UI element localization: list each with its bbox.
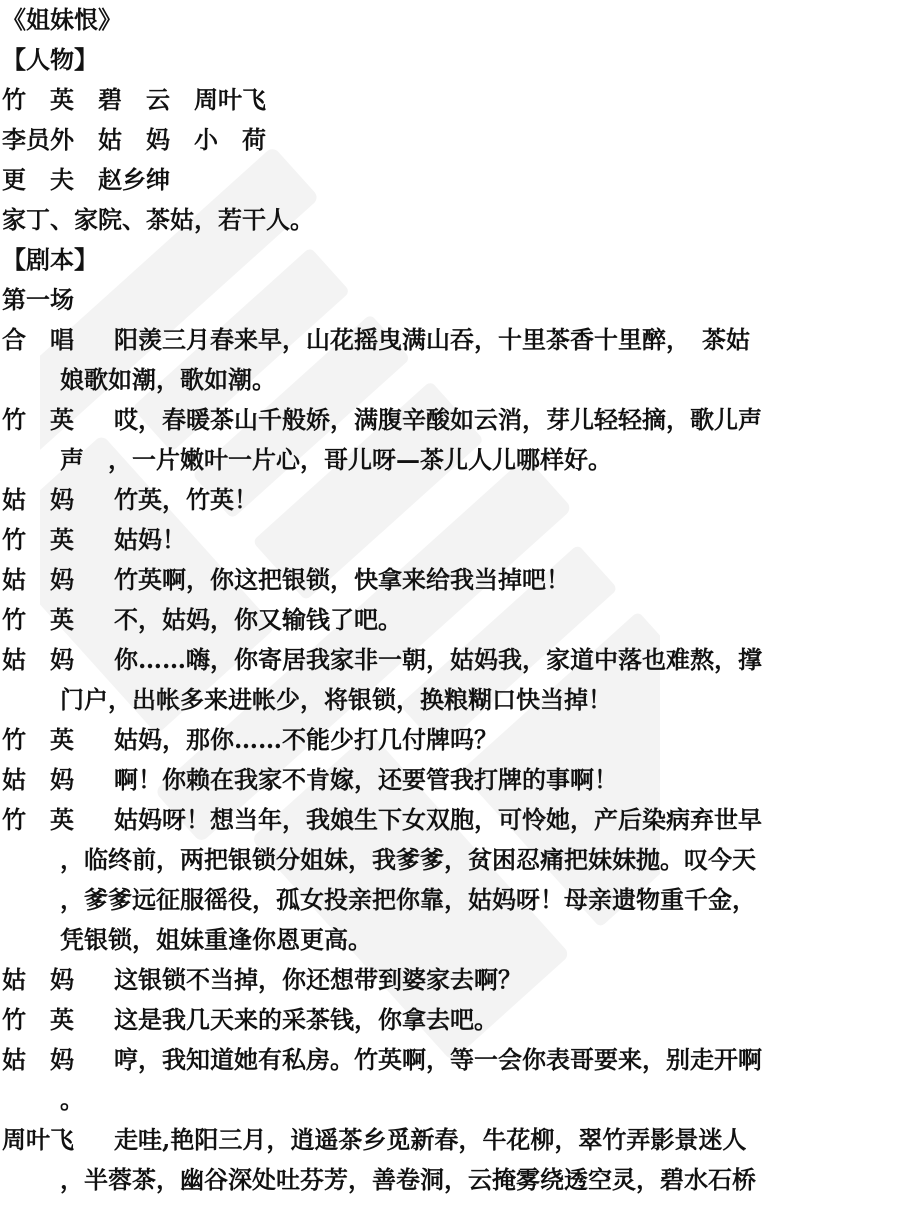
dialogue-entry: 周叶飞走哇,艳阳三月，逍遥茶乡觅新春，牛花柳，翠竹弄影景迷人，半蓉茶，幽谷深处吐…	[2, 1120, 900, 1200]
characters-line: 家丁、家院、茶姑，若干人。	[2, 200, 900, 240]
dialogue-continuation-line: 娘歌如潮，歌如潮。	[2, 360, 900, 400]
characters-line: 竹 英 碧 云 周叶飞	[2, 80, 900, 120]
dialogue-entry: 姑 妈竹英，竹英！	[2, 480, 900, 520]
speech-text: 啊！你赖在我家不肯嫁，还要管我打牌的事啊！	[114, 765, 618, 794]
dialogue-first-line: 姑 妈哼，我知道她有私房。竹英啊，等一会你表哥要来，别走开啊	[2, 1040, 900, 1080]
dialogue-first-line: 竹 英哎，春暖茶山千般娇，满腹辛酸如云消，芽儿轻轻摘，歌儿声	[2, 400, 900, 440]
dialogue-entry: 姑 妈这银锁不当掉，你还想带到婆家去啊？	[2, 960, 900, 1000]
dialogue-entry: 竹 英不，姑妈，你又输钱了吧。	[2, 600, 900, 640]
script-document: 《姐妹恨》 【人物】 竹 英 碧 云 周叶飞 李员外 姑 妈 小 荷 更 夫 赵…	[0, 0, 900, 1200]
dialogue-entry: 竹 英哎，春暖茶山千般娇，满腹辛酸如云消，芽儿轻轻摘，歌儿声声 ，一片嫩叶一片心…	[2, 400, 900, 480]
speech-text: 娘歌如潮，歌如潮。	[60, 365, 276, 394]
speech-text: 门户，出帐多来进帐少，将银锁，换粮糊口快当掉！	[60, 685, 612, 714]
speaker-name: 竹 英	[2, 720, 114, 760]
speech-text: 阳羡三月春来早，山花摇曳满山吞，十里茶香十里醉， 茶姑	[114, 325, 750, 354]
characters-line: 更 夫 赵乡绅	[2, 160, 900, 200]
dialogue-list: 合 唱阳羡三月春来早，山花摇曳满山吞，十里茶香十里醉， 茶姑娘歌如潮，歌如潮。竹…	[2, 320, 900, 1200]
speech-text: ，爹爹远征服徭役，孤女投亲把你靠，姑妈呀！母亲遗物重千金，	[60, 885, 756, 914]
play-title: 《姐妹恨》	[2, 0, 900, 40]
speech-text: 竹英，竹英！	[114, 485, 258, 514]
dialogue-first-line: 周叶飞走哇,艳阳三月，逍遥茶乡觅新春，牛花柳，翠竹弄影景迷人	[2, 1120, 900, 1160]
dialogue-continuation-line: 门户，出帐多来进帐少，将银锁，换粮糊口快当掉！	[2, 680, 900, 720]
speaker-name: 竹 英	[2, 600, 114, 640]
dialogue-first-line: 竹 英姑妈，那你……不能少打几付牌吗？	[2, 720, 900, 760]
speech-text: ，临终前，两把银锁分姐妹，我爹爹，贫困忍痛把妹妹抛。叹今天	[60, 845, 756, 874]
speaker-name: 竹 英	[2, 800, 114, 840]
speech-text: 走哇,艳阳三月，逍遥茶乡觅新春，牛花柳，翠竹弄影景迷人	[114, 1125, 746, 1154]
dialogue-entry: 姑 妈啊！你赖在我家不肯嫁，还要管我打牌的事啊！	[2, 760, 900, 800]
dialogue-entry: 竹 英这是我几天来的采茶钱，你拿去吧。	[2, 1000, 900, 1040]
speaker-name: 竹 英	[2, 1000, 114, 1040]
speech-text: 哼，我知道她有私房。竹英啊，等一会你表哥要来，别走开啊	[114, 1045, 762, 1074]
speech-text: 这银锁不当掉，你还想带到婆家去啊？	[114, 965, 522, 994]
dialogue-continuation-line: 凭银锁，姐妹重逢你恩更高。	[2, 920, 900, 960]
speech-text: 不，姑妈，你又输钱了吧。	[114, 605, 402, 634]
dialogue-first-line: 竹 英不，姑妈，你又输钱了吧。	[2, 600, 900, 640]
dialogue-first-line: 合 唱阳羡三月春来早，山花摇曳满山吞，十里茶香十里醉， 茶姑	[2, 320, 900, 360]
scene-heading: 第一场	[2, 280, 900, 320]
dialogue-first-line: 竹 英姑妈呀！想当年，我娘生下女双胞，可怜她，产后染病弃世早	[2, 800, 900, 840]
dialogue-entry: 竹 英姑妈呀！想当年，我娘生下女双胞，可怜她，产后染病弃世早，临终前，两把银锁分…	[2, 800, 900, 960]
dialogue-continuation-line: 。	[2, 1080, 900, 1120]
dialogue-continuation-line: ，临终前，两把银锁分姐妹，我爹爹，贫困忍痛把妹妹抛。叹今天	[2, 840, 900, 880]
speech-text: 竹英啊，你这把银锁，快拿来给我当掉吧！	[114, 565, 570, 594]
speech-text: 姑妈，那你……不能少打几付牌吗？	[114, 725, 498, 754]
dialogue-continuation-line: 声 ，一片嫩叶一片心，哥儿呀—茶儿人儿哪样好。	[2, 440, 900, 480]
speaker-name: 姑 妈	[2, 760, 114, 800]
speaker-name: 姑 妈	[2, 640, 114, 680]
dialogue-continuation-line: ，半蓉茶，幽谷深处吐芬芳，善卷洞，云掩雾绕透空灵，碧水石桥	[2, 1160, 900, 1200]
speech-text: 姑妈！	[114, 525, 186, 554]
speech-text: 声 ，一片嫩叶一片心，哥儿呀—茶儿人儿哪样好。	[60, 445, 612, 474]
speaker-name: 姑 妈	[2, 1040, 114, 1080]
speaker-name: 周叶飞	[2, 1120, 114, 1160]
speaker-name: 姑 妈	[2, 960, 114, 1000]
speech-text: 你……嗨，你寄居我家非一朝，姑妈我，家道中落也难熬，撑	[114, 645, 762, 674]
speech-text: 姑妈呀！想当年，我娘生下女双胞，可怜她，产后染病弃世早	[114, 805, 762, 834]
dialogue-entry: 竹 英姑妈！	[2, 520, 900, 560]
dialogue-first-line: 姑 妈啊！你赖在我家不肯嫁，还要管我打牌的事啊！	[2, 760, 900, 800]
dialogue-continuation-line: ，爹爹远征服徭役，孤女投亲把你靠，姑妈呀！母亲遗物重千金，	[2, 880, 900, 920]
speaker-name: 竹 英	[2, 520, 114, 560]
dialogue-first-line: 竹 英姑妈！	[2, 520, 900, 560]
speaker-name: 合 唱	[2, 320, 114, 360]
script-heading: 【剧本】	[2, 240, 900, 280]
speech-text: ，半蓉茶，幽谷深处吐芬芳，善卷洞，云掩雾绕透空灵，碧水石桥	[60, 1165, 756, 1194]
dialogue-first-line: 姑 妈这银锁不当掉，你还想带到婆家去啊？	[2, 960, 900, 1000]
speech-text: 哎，春暖茶山千般娇，满腹辛酸如云消，芽儿轻轻摘，歌儿声	[114, 405, 762, 434]
dialogue-first-line: 姑 妈你……嗨，你寄居我家非一朝，姑妈我，家道中落也难熬，撑	[2, 640, 900, 680]
speaker-name: 姑 妈	[2, 560, 114, 600]
dialogue-entry: 合 唱阳羡三月春来早，山花摇曳满山吞，十里茶香十里醉， 茶姑娘歌如潮，歌如潮。	[2, 320, 900, 400]
speaker-name: 姑 妈	[2, 480, 114, 520]
speech-text: 。	[60, 1085, 84, 1114]
characters-line: 李员外 姑 妈 小 荷	[2, 120, 900, 160]
characters-heading: 【人物】	[2, 40, 900, 80]
dialogue-first-line: 竹 英这是我几天来的采茶钱，你拿去吧。	[2, 1000, 900, 1040]
speech-text: 这是我几天来的采茶钱，你拿去吧。	[114, 1005, 498, 1034]
dialogue-entry: 姑 妈你……嗨，你寄居我家非一朝，姑妈我，家道中落也难熬，撑门户，出帐多来进帐少…	[2, 640, 900, 720]
dialogue-entry: 姑 妈哼，我知道她有私房。竹英啊，等一会你表哥要来，别走开啊。	[2, 1040, 900, 1120]
dialogue-entry: 姑 妈竹英啊，你这把银锁，快拿来给我当掉吧！	[2, 560, 900, 600]
speaker-name: 竹 英	[2, 400, 114, 440]
dialogue-first-line: 姑 妈竹英啊，你这把银锁，快拿来给我当掉吧！	[2, 560, 900, 600]
speech-text: 凭银锁，姐妹重逢你恩更高。	[60, 925, 372, 954]
dialogue-first-line: 姑 妈竹英，竹英！	[2, 480, 900, 520]
dialogue-entry: 竹 英姑妈，那你……不能少打几付牌吗？	[2, 720, 900, 760]
